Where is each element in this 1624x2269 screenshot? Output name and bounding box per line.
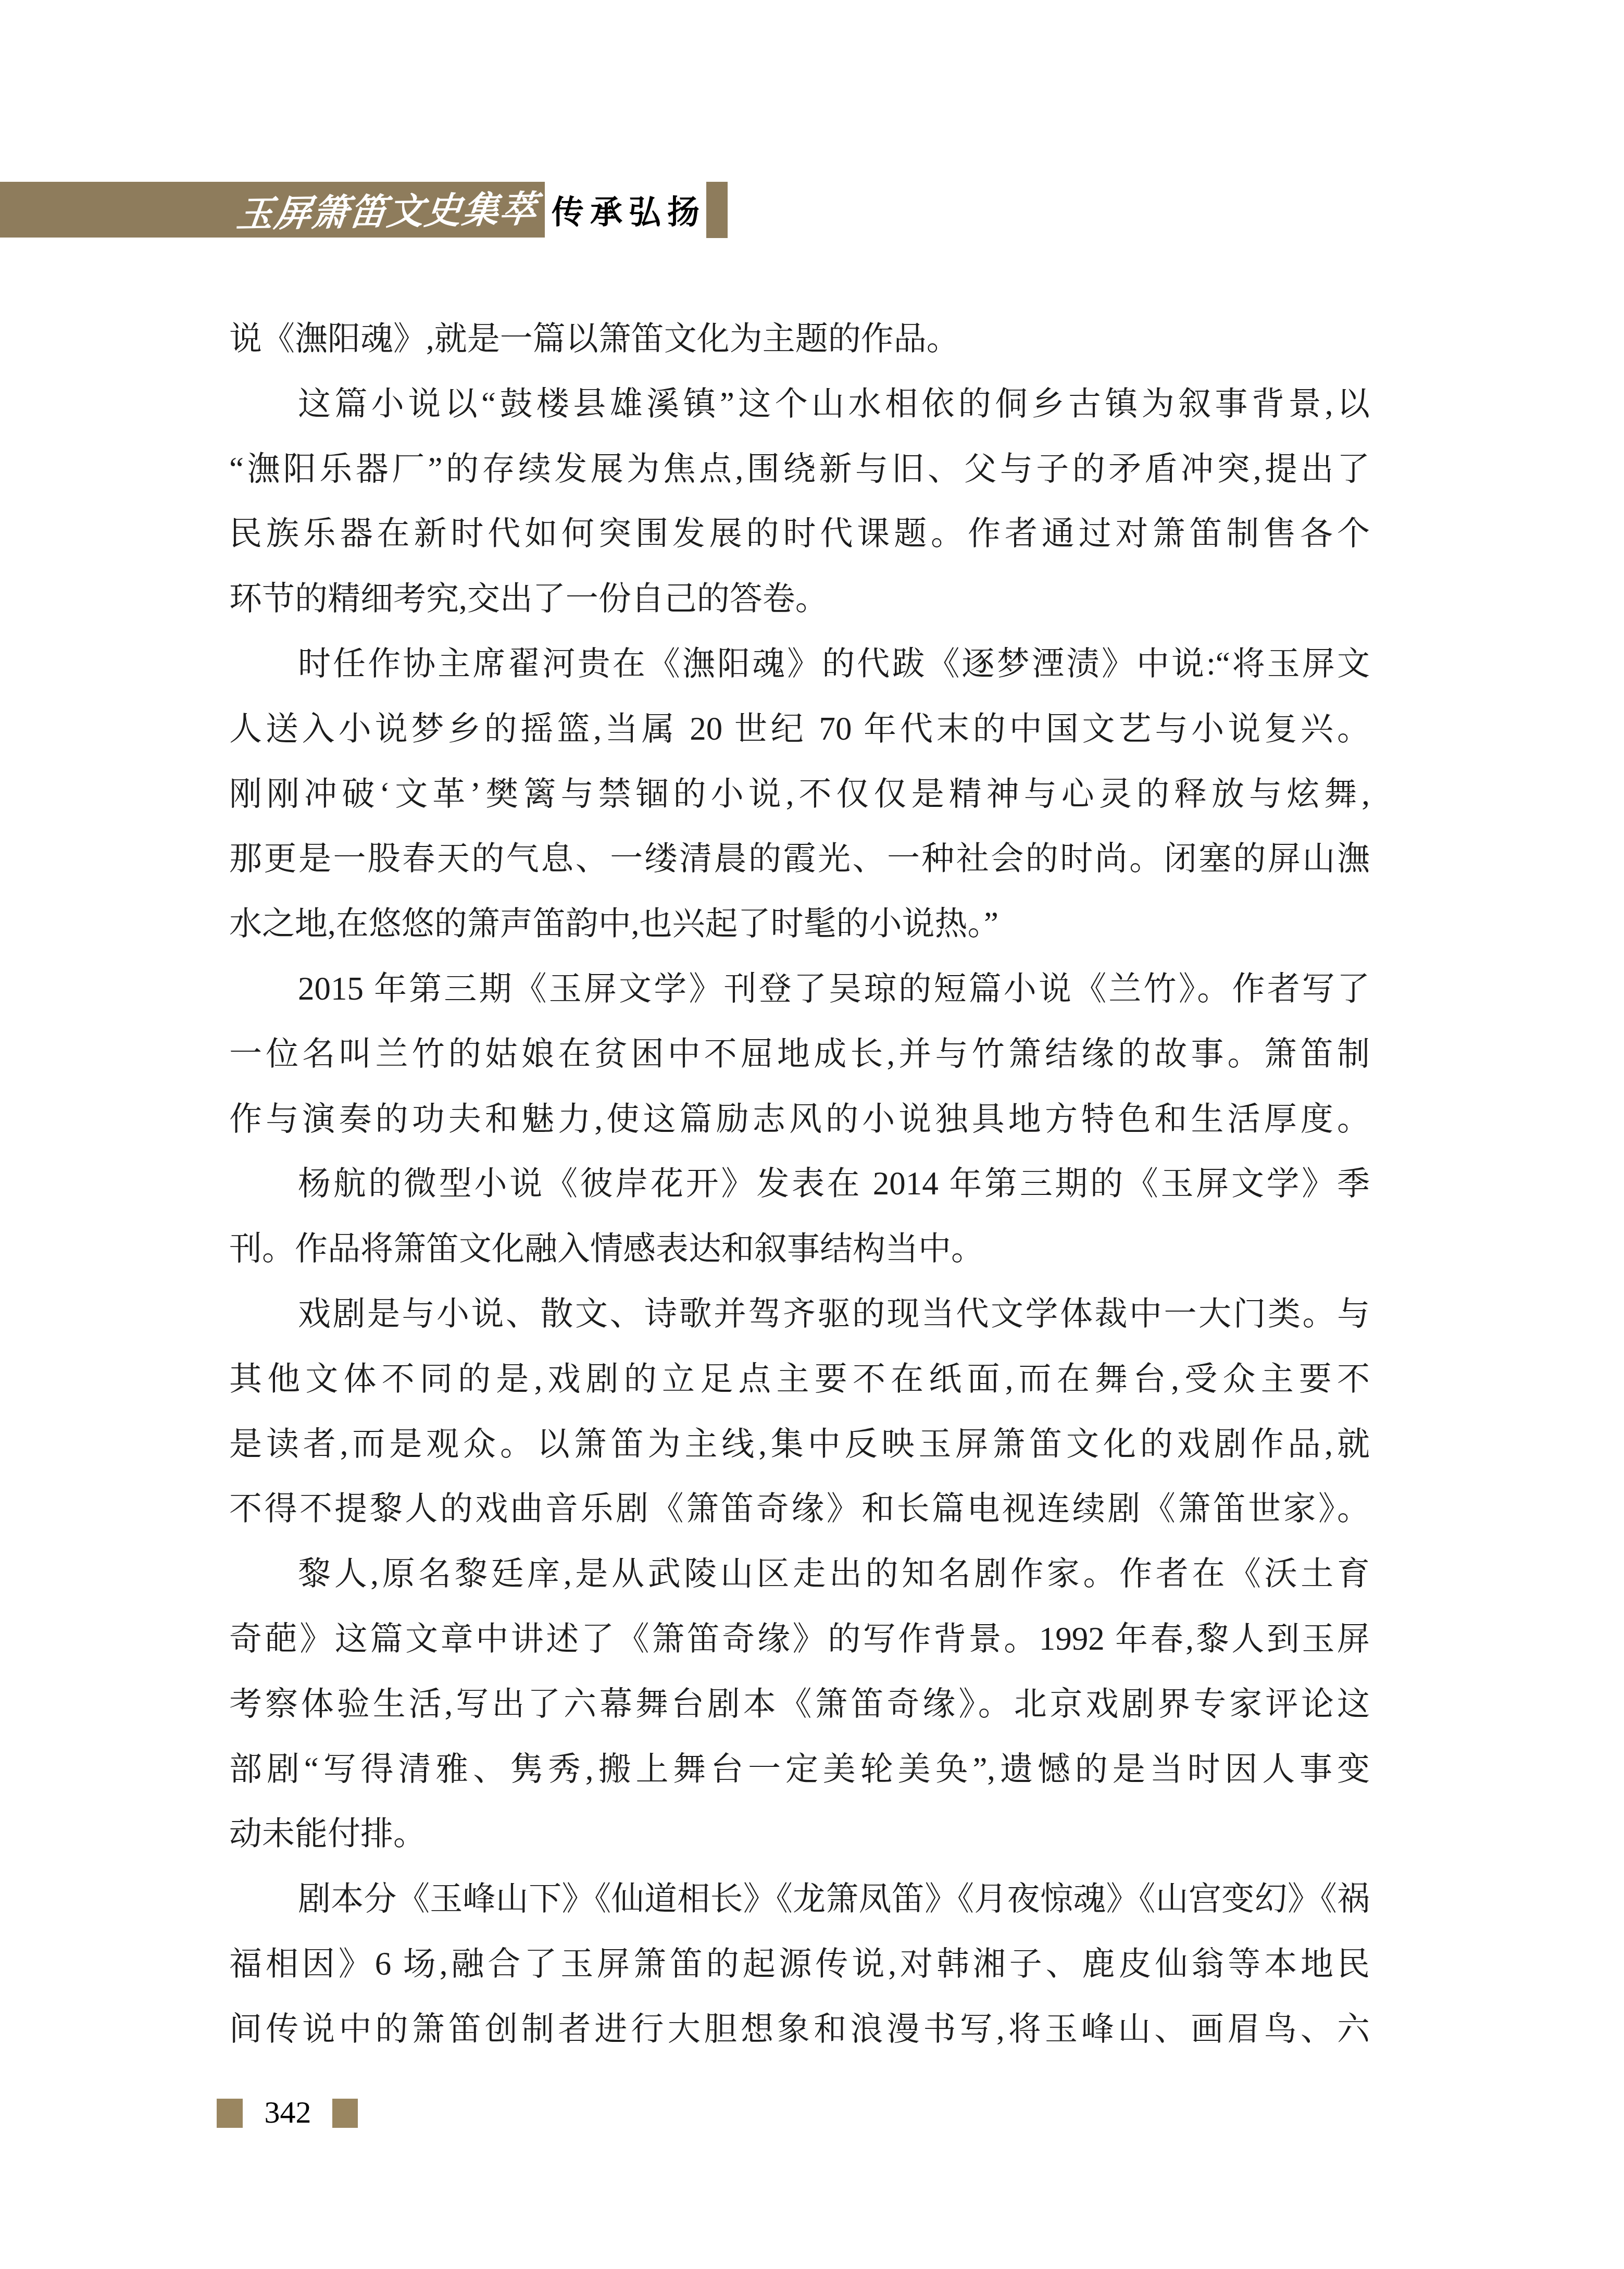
- footer-left-square: [217, 2099, 243, 2128]
- body-line: 2015 年第三期《玉屏文学》刊登了吴琼的短篇小说《兰竹》。作者写了: [229, 956, 1370, 1021]
- body-line: 是读者,而是观众。以箫笛为主线,集中反映玉屏箫笛文化的戏剧作品,就: [229, 1412, 1370, 1477]
- body-line: 一位名叫兰竹的姑娘在贫困中不屈地成长,并与竹箫结缘的故事。箫笛制: [229, 1021, 1370, 1087]
- body-line: 剧本分《玉峰山下》《仙道相长》《龙箫凤笛》《月夜惊魂》《山宫变幻》《祸: [229, 1866, 1370, 1931]
- footer-right-square: [332, 2099, 358, 2128]
- body-line: 作与演奏的功夫和魅力,使这篇励志风的小说独具地方特色和生活厚度。: [229, 1087, 1370, 1152]
- body-line: 刊。作品将箫笛文化融入情感表达和叙事结构当中。: [229, 1216, 1370, 1281]
- header-banner: 玉屏箫笛文史集萃: [0, 182, 545, 238]
- body-line: 民族乐器在新时代如何突围发展的时代课题。作者通过对箫笛制售各个: [229, 501, 1370, 566]
- book-page: 玉屏箫笛文史集萃 传承弘扬 说《潕阳魂》,就是一篇以箫笛文化为主题的作品。 这篇…: [0, 0, 1624, 2269]
- body-line: 环节的精细考究,交出了一份自己的答卷。: [229, 566, 1370, 631]
- body-line: 戏剧是与小说、散文、诗歌并驾齐驱的现当代文学体裁中一大门类。与: [229, 1281, 1370, 1347]
- body-line: 这篇小说以“鼓楼县雄溪镇”这个山水相依的侗乡古镇为叙事背景,以: [229, 371, 1370, 437]
- body-line: 奇葩》这篇文章中讲述了《箫笛奇缘》的写作背景。1992 年春,黎人到玉屏: [229, 1606, 1370, 1672]
- page-number: 342: [255, 2095, 320, 2129]
- body-line: 水之地,在悠悠的箫声笛韵中,也兴起了时髦的小说热。”: [229, 891, 1370, 956]
- body-line: 福相因》6 场,融合了玉屏箫笛的起源传说,对韩湘子、鹿皮仙翁等本地民: [229, 1931, 1370, 1997]
- body-line: “潕阳乐器厂”的存续发展为焦点,围绕新与旧、父与子的矛盾冲突,提出了: [229, 437, 1370, 502]
- body-text: 说《潕阳魂》,就是一篇以箫笛文化为主题的作品。 这篇小说以“鼓楼县雄溪镇”这个山…: [229, 306, 1370, 2062]
- body-line: 动未能付排。: [229, 1801, 1370, 1866]
- banner-calligraphy-title: 玉屏箫笛文史集萃: [234, 180, 541, 238]
- body-line: 人送入小说梦乡的摇篮,当属 20 世纪 70 年代末的中国文艺与小说复兴。: [229, 696, 1370, 762]
- body-line: 不得不提黎人的戏曲音乐剧《箫笛奇缘》和长篇电视连续剧《箫笛世家》。: [229, 1476, 1370, 1541]
- body-line: 黎人,原名黎廷庠,是从武陵山区走出的知名剧作家。作者在《沃土育: [229, 1541, 1370, 1606]
- body-line: 时任作协主席翟河贵在《潕阳魂》的代跋《逐梦湮渍》中说:“将玉屏文: [229, 631, 1370, 696]
- header-accent-block: [706, 182, 728, 238]
- body-line: 间传说中的箫笛创制者进行大胆想象和浪漫书写,将玉峰山、画眉鸟、六: [229, 1997, 1370, 2062]
- body-line: 其他文体不同的是,戏剧的立足点主要不在纸面,而在舞台,受众主要不: [229, 1347, 1370, 1412]
- body-line: 部剧“写得清雅、隽秀,搬上舞台一定美轮美奂”,遗憾的是当时因人事变: [229, 1737, 1370, 1802]
- body-line: 刚刚冲破‘文革’樊篱与禁锢的小说,不仅仅是精神与心灵的释放与炫舞,: [229, 762, 1370, 827]
- body-line: 那更是一股春天的气息、一缕清晨的霞光、一种社会的时尚。闭塞的屏山潕: [229, 826, 1370, 891]
- body-line: 考察体验生活,写出了六幕舞台剧本《箫笛奇缘》。北京戏剧界专家评论这: [229, 1672, 1370, 1737]
- section-label: 传承弘扬: [552, 182, 706, 238]
- body-line: 说《潕阳魂》,就是一篇以箫笛文化为主题的作品。: [229, 306, 1370, 371]
- body-line: 杨航的微型小说《彼岸花开》发表在 2014 年第三期的《玉屏文学》季: [229, 1151, 1370, 1216]
